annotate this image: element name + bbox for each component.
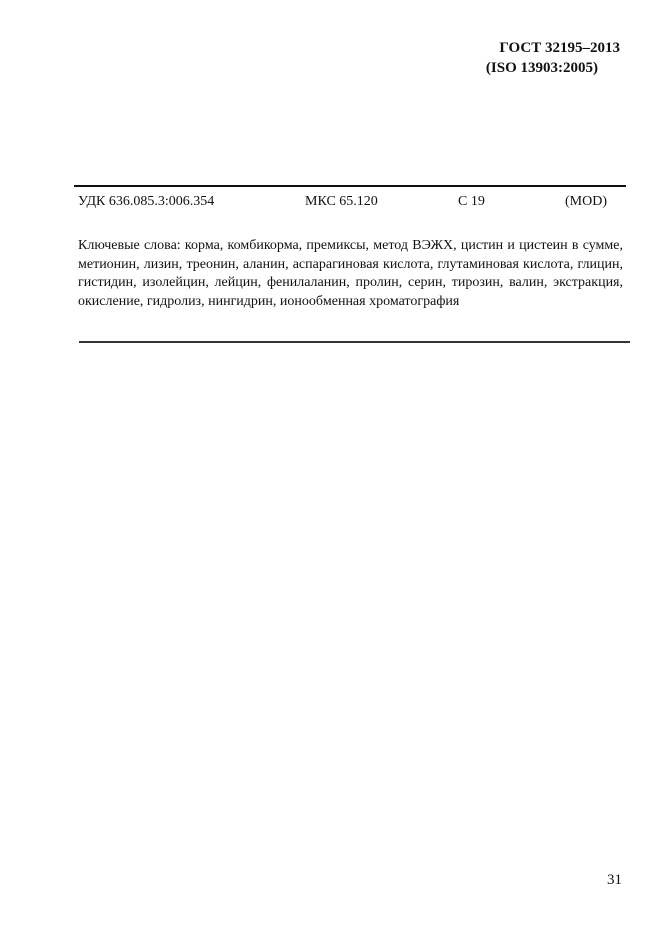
udk-code: УДК 636.085.3:006.354	[78, 193, 214, 211]
iso-reference: (ISO 13903:2005)	[477, 58, 598, 78]
modification-marker: (MOD)	[565, 193, 607, 211]
bottom-divider	[79, 341, 630, 343]
page-number: 31	[607, 871, 622, 889]
keywords-paragraph: Ключевые слова: корма, комбикорма, преми…	[78, 237, 623, 312]
okstu-code: С 19	[458, 193, 485, 211]
top-divider	[74, 185, 626, 187]
standard-number: ГОСТ 32195–2013	[499, 38, 620, 58]
document-header: ГОСТ 32195–2013 (ISO 13903:2005)	[499, 38, 620, 78]
mks-code: МКС 65.120	[305, 193, 378, 211]
classification-row: УДК 636.085.3:006.354 МКС 65.120 С 19 (M…	[78, 193, 624, 211]
